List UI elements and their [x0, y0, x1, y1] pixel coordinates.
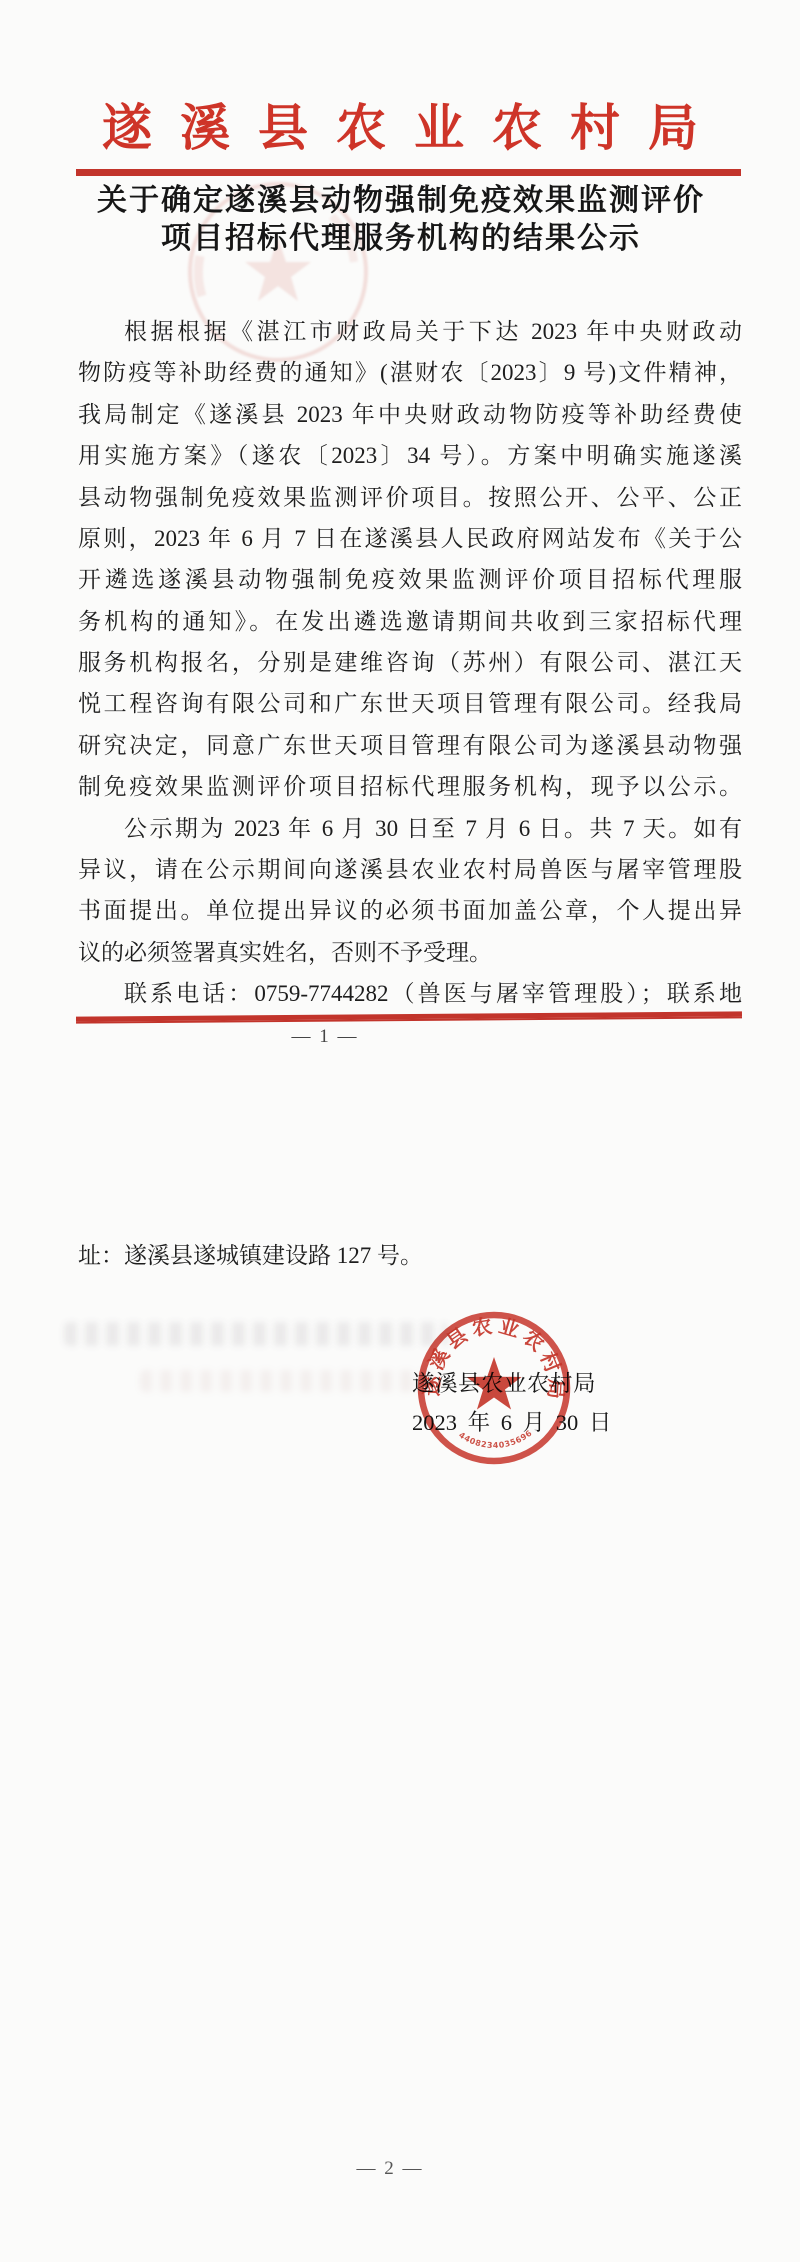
bleedthrough-artifact [64, 1322, 448, 1346]
body-line: 物防疫等补助经费的通知》(湛财农〔2023〕9 号)文件精神， [78, 352, 742, 393]
body-line: 异议，请在公示期间向遂溪县农业农村局兽医与屠宰管理股 [78, 849, 742, 890]
page-2-number: — 2 — [0, 2158, 780, 2180]
body-text: 根据根据《湛江市财政局关于下达 2023 年中央财政动 物防疫等补助经费的通知》… [78, 311, 742, 1014]
body-line: 悦工程咨询有限公司和广东世天项目管理有限公司。经我局 [78, 683, 742, 724]
body-line: 服务机构报名，分别是建维咨询（苏州）有限公司、湛江天 [78, 642, 742, 683]
body-line: 联系电话：0759-7744282（兽医与屠宰管理股）；联系地 [78, 973, 742, 1014]
header-divider-rule [76, 169, 741, 176]
body-line: 务机构的通知》。在发出遴选邀请期间共收到三家招标代理 [78, 601, 742, 642]
agency-header-title: 遂溪县农业农村局 [0, 100, 800, 155]
body-line: 研究决定，同意广东世天项目管理有限公司为遂溪县动物强 [78, 725, 742, 766]
signature-date: 2023 年 6 月 30 日 [412, 1410, 611, 1436]
scanned-document: { "doc": { "header": { "agency": "遂溪县农业农… [0, 0, 800, 2262]
body-line: 我局制定《遂溪县 2023 年中央财政动物防疫等补助经费使 [78, 394, 742, 435]
body-line: 议的必须签署真实姓名，否则不予受理。 [78, 932, 742, 973]
body-line: 根据根据《湛江市财政局关于下达 2023 年中央财政动 [78, 311, 742, 352]
body-line: 县动物强制免疫效果监测评价项目。按照公开、公平、公正 [78, 477, 742, 518]
bleedthrough-artifact [140, 1370, 440, 1392]
page-1-number: — 1 — [0, 1026, 650, 1048]
body-line: 原则，2023 年 6 月 7 日在遂溪县人民政府网站发布《关于公 [78, 518, 742, 559]
body-line: 制免疫效果监测评价项目招标代理服务机构，现予以公示。 [78, 766, 742, 807]
document-title-line-2: 项目招标代理服务机构的结果公示 [0, 221, 800, 257]
contact-address-line: 址：遂溪县遂城镇建设路 127 号。 [78, 1241, 742, 1271]
body-line: 用实施方案》（遂农〔2023〕34 号）。方案中明确实施遂溪 [78, 435, 742, 476]
body-line: 书面提出。单位提出异议的必须书面加盖公章，个人提出异 [78, 890, 742, 931]
document-title-line-1: 关于确定遂溪县动物强制免疫效果监测评价 [0, 183, 800, 219]
body-line: 开遴选遂溪县动物强制免疫效果监测评价项目招标代理服 [78, 559, 742, 600]
signature-agency-name: 遂溪县农业农村局 [412, 1371, 596, 1397]
body-line: 公示期为 2023 年 6 月 30 日至 7 月 6 日。共 7 天。如有 [78, 808, 742, 849]
